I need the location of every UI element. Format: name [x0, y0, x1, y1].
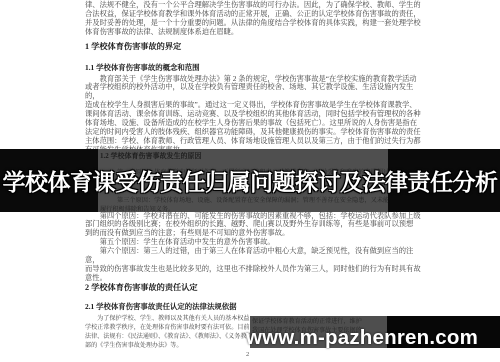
causes-paragraphs: 第四个原因：学校对潜在的、可能发生的伤害事故的因素重视不够，包括：学校运动代表队… — [85, 212, 427, 283]
section-2-1-heading: 2.1 学校体育伤害事故责任认定的法律法规依据 — [85, 301, 427, 312]
watermark-url-text: www.m-pazhenren.com — [246, 328, 478, 349]
intro-paragraph-continuation: 律、法规不健全，没有一个公平合理解决学生伤害事故的可行办法。因此，为了确保学校、… — [85, 1, 427, 37]
scanned-document-page: 律、法规不健全，没有一个公平合理解决学生伤害事故的可行办法。因此，为了确保学校、… — [0, 0, 500, 362]
headline-banner-band: 1.2 学校体育伤害事故发生的原因 第一个原因：体育教学中教师不作为，不履行应尽… — [0, 149, 500, 212]
section-1-heading: 1 学校体育伤害事故的界定 — [85, 41, 427, 52]
section-2-heading: 2 学校体育伤害事故的责任认定 — [85, 282, 427, 293]
section-1-2-heading-dimmed: 1.2 学校体育伤害事故发生的原因 — [100, 151, 202, 161]
section-1-1-body: 教育部关于《学生伤害事故处理办法》第 2 条的规定，学校伤害事故是“在学校实施的… — [85, 75, 427, 155]
article-headline-title: 学校体育课受伤责任归属问题探讨及法律责任分析 — [0, 170, 500, 195]
section-1-1-heading: 1.1 学校体育伤害事故的概念和范围 — [85, 62, 427, 73]
page-number: 2 — [246, 351, 249, 358]
